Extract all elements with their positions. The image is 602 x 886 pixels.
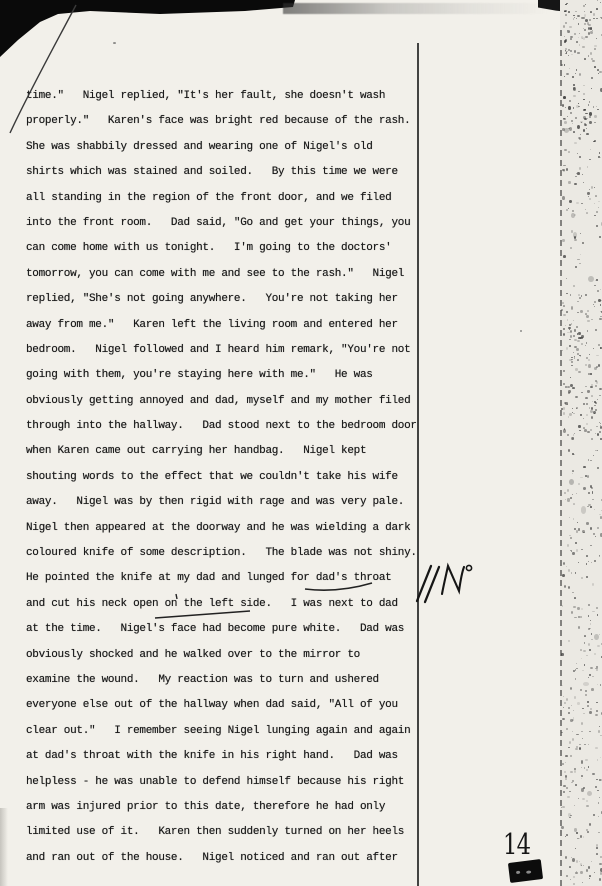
- text-line: arm was injured prior to this date, ther…: [26, 795, 426, 820]
- edge-speck: [563, 255, 566, 258]
- edge-speck: [596, 279, 598, 281]
- edge-speck: [575, 669, 576, 671]
- edge-speck: [587, 192, 589, 194]
- edge-speck: [589, 711, 592, 714]
- edge-speck: [583, 865, 584, 866]
- text-line: shirts which was stained and soiled. By …: [26, 160, 426, 185]
- edge-speck: [580, 871, 583, 875]
- edge-speck: [566, 73, 569, 75]
- edge-speck: [586, 563, 587, 565]
- scanned-document-page: { "page": { "background_color": "#f2f0ea…: [0, 0, 602, 886]
- edge-speck: [575, 542, 577, 544]
- edge-speck: [575, 572, 577, 574]
- edge-speck: [563, 562, 565, 565]
- text-line: can come home with us tonight. I'm going…: [26, 236, 426, 261]
- edge-speck: [583, 836, 584, 838]
- edge-speck: [585, 209, 587, 210]
- edge-speck: [581, 778, 582, 780]
- edge-speck: [579, 744, 581, 745]
- edge-speck: [575, 872, 578, 875]
- edge-speck: [577, 353, 579, 355]
- edge-speck: [583, 682, 589, 686]
- edge-speck: [577, 153, 578, 154]
- text-line: through into the hallway. Dad stood next…: [26, 414, 426, 439]
- edge-speck: [590, 31, 593, 34]
- edge-speck: [585, 113, 587, 115]
- edge-speck: [565, 856, 567, 859]
- edge-speck: [591, 395, 593, 397]
- edge-speck: [587, 831, 589, 833]
- edge-speck: [596, 853, 597, 855]
- edge-speck: [573, 87, 575, 90]
- edge-speck: [569, 345, 571, 347]
- edge-speck: [569, 26, 571, 28]
- edge-speck: [589, 159, 591, 160]
- edge-speck: [587, 705, 589, 707]
- edge-speck: [575, 678, 577, 680]
- edge-speck: [590, 545, 592, 546]
- edge-speck: [575, 748, 578, 750]
- edge-speck: [591, 861, 592, 862]
- edge-speck: [564, 36, 565, 38]
- edge-speck: [588, 766, 590, 767]
- edge-speck: [598, 344, 600, 346]
- edge-speck: [573, 503, 575, 505]
- edge-speck: [564, 40, 567, 42]
- edge-speck: [583, 487, 586, 490]
- edge-speck: [567, 489, 569, 492]
- edge-speck: [599, 236, 601, 239]
- edge-speck: [576, 407, 578, 409]
- edge-speck: [588, 359, 590, 361]
- edge-speck: [586, 805, 589, 807]
- edge-speck: [568, 449, 570, 452]
- edge-speck: [573, 413, 575, 414]
- edge-speck: [584, 29, 585, 31]
- edge-speck: [573, 18, 574, 20]
- edge-speck: [564, 76, 565, 77]
- edge-speck: [581, 343, 584, 345]
- edge-speck: [591, 633, 592, 635]
- edge-speck: [575, 848, 576, 849]
- edge-speck: [572, 387, 575, 389]
- edge-speck: [562, 239, 564, 242]
- edge-speck: [600, 304, 602, 306]
- edge-speck: [591, 688, 594, 691]
- edge-speck: [591, 416, 593, 419]
- edge-speck: [571, 361, 574, 364]
- edge-speck: [575, 396, 578, 398]
- edge-speck: [598, 730, 600, 732]
- edge-speck: [575, 784, 578, 786]
- edge-speck: [589, 354, 590, 355]
- edge-speck: [566, 728, 568, 731]
- edge-speck: [574, 828, 577, 831]
- edge-speck: [594, 45, 596, 47]
- edge-speck: [594, 405, 595, 406]
- edge-speck: [572, 858, 575, 862]
- edge-speck: [566, 311, 568, 313]
- edge-speck: [578, 798, 579, 799]
- edge-speck: [599, 152, 600, 153]
- edge-speck: [578, 137, 580, 139]
- scan-black-top-edge: [0, 0, 300, 60]
- edge-speck: [593, 18, 594, 19]
- edge-speck: [590, 373, 593, 375]
- edge-speck: [599, 634, 600, 635]
- edge-speck: [581, 506, 587, 513]
- edge-speck: [594, 509, 595, 510]
- edge-speck: [591, 88, 592, 90]
- edge-speck: [563, 370, 565, 371]
- edge-speck: [568, 11, 570, 13]
- edge-speck: [598, 201, 599, 203]
- edge-speck: [570, 50, 572, 52]
- edge-speck: [574, 617, 577, 619]
- edge-speck: [590, 506, 592, 507]
- edge-speck: [597, 759, 598, 761]
- text-line: everyone else out of the hallway when da…: [26, 693, 426, 718]
- edge-speck: [574, 339, 577, 341]
- edge-speck: [573, 320, 574, 321]
- edge-speck: [581, 203, 582, 204]
- edge-speck: [573, 95, 576, 98]
- edge-speck: [600, 300, 602, 301]
- edge-speck: [588, 677, 590, 678]
- edge-speck: [574, 239, 577, 241]
- edge-speck: [576, 41, 578, 43]
- edge-speck: [563, 785, 566, 787]
- edge-speck: [588, 492, 590, 494]
- edge-speck: [582, 708, 584, 710]
- edge-speck: [590, 386, 592, 388]
- edge-speck: [567, 30, 570, 33]
- edge-speck: [565, 836, 567, 837]
- edge-speck: [565, 22, 567, 25]
- edge-speck: [597, 790, 598, 791]
- edge-speck: [595, 714, 598, 716]
- edge-speck: [572, 76, 574, 78]
- edge-speck: [568, 181, 570, 184]
- edge-speck: [586, 769, 588, 771]
- edge-speck: [569, 479, 574, 485]
- edge-speck: [588, 196, 589, 197]
- edge-speck: [563, 305, 566, 307]
- ink-blob-fleck: [526, 870, 531, 874]
- edge-speck: [578, 91, 580, 93]
- edge-speck: [585, 364, 587, 365]
- edge-speck: [585, 397, 588, 399]
- edge-speck: [584, 744, 586, 745]
- edge-speck: [578, 294, 580, 296]
- edge-speck: [581, 731, 583, 733]
- edge-speck: [597, 0, 598, 1]
- edge-speck: [596, 18, 598, 20]
- text-line: He pointed the knife at my dad and lunge…: [26, 566, 426, 591]
- edge-speck: [565, 499, 566, 501]
- edge-speck: [566, 566, 567, 567]
- edge-speck: [600, 289, 601, 290]
- edge-speck: [590, 623, 592, 625]
- edge-speck: [567, 116, 568, 118]
- edge-speck: [586, 357, 588, 359]
- edge-speck: [588, 32, 591, 35]
- edge-speck: [569, 413, 572, 416]
- edge-speck: [589, 116, 591, 118]
- text-line: examine the wound. My reaction was to tu…: [26, 668, 426, 693]
- edge-speck: [577, 607, 580, 610]
- edge-speck: [583, 5, 585, 7]
- edge-speck: [594, 115, 597, 118]
- edge-speck: [586, 423, 588, 425]
- edge-speck: [589, 875, 592, 877]
- edge-speck: [568, 55, 569, 56]
- edge-speck: [579, 838, 581, 839]
- edge-speck: [570, 112, 572, 113]
- edge-speck: [571, 437, 574, 440]
- edge-speck: [580, 863, 582, 866]
- edge-speck: [588, 628, 590, 630]
- edge-speck: [570, 38, 571, 40]
- edge-speck: [589, 731, 591, 733]
- edge-speck: [569, 741, 571, 744]
- edge-speck: [569, 127, 572, 131]
- edge-speck: [580, 356, 581, 357]
- edge-speck: [563, 170, 565, 172]
- edge-speck: [564, 128, 569, 133]
- edge-speck: [569, 517, 570, 519]
- edge-speck: [563, 328, 564, 329]
- edge-speck: [585, 690, 587, 692]
- edge-speck: [583, 85, 584, 86]
- edge-speck: [576, 69, 577, 71]
- edge-speck: [576, 18, 577, 19]
- edge-speck: [569, 791, 571, 792]
- edge-speck: [581, 295, 583, 297]
- edge-speck: [578, 23, 580, 24]
- edge-speck: [598, 73, 599, 74]
- edge-speck: [565, 14, 567, 16]
- edge-speck: [587, 506, 588, 507]
- edge-speck: [591, 77, 593, 79]
- edge-speck: [568, 712, 570, 714]
- edge-speck: [577, 172, 580, 175]
- text-line: away from me." Karen left the living roo…: [26, 313, 426, 338]
- edge-speck: [582, 242, 584, 244]
- edge-speck: [568, 106, 571, 110]
- edge-speck: [571, 611, 574, 614]
- edge-speck: [588, 604, 590, 606]
- edge-speck: [573, 883, 575, 885]
- edge-speck: [585, 694, 587, 696]
- edge-speck: [599, 395, 601, 397]
- edge-speck: [596, 847, 598, 849]
- edge-speck: [565, 755, 567, 757]
- edge-speck: [572, 473, 573, 474]
- edge-speck: [579, 44, 581, 46]
- edge-speck: [568, 640, 570, 641]
- text-line: and ran out of the house. Nigel noticed …: [26, 846, 426, 871]
- edge-speck: [567, 434, 569, 436]
- edge-speck: [592, 583, 594, 586]
- edge-speck: [583, 713, 585, 714]
- edge-speck: [573, 84, 576, 86]
- edge-speck: [578, 562, 579, 563]
- edge-speck: [575, 266, 577, 268]
- edge-speck: [563, 412, 565, 414]
- edge-speck: [574, 183, 576, 185]
- edge-speck: [598, 832, 600, 834]
- edge-speck: [598, 364, 600, 367]
- edge-speck: [588, 866, 591, 869]
- edge-speck: [566, 834, 569, 836]
- edge-speck: [562, 196, 565, 200]
- edge-speck: [599, 318, 602, 321]
- edge-speck: [591, 319, 592, 320]
- edge-speck: [575, 73, 576, 74]
- edge-speck: [583, 37, 586, 40]
- typed-text: time." Nigel replied, "It's her fault, s…: [26, 84, 426, 871]
- edge-speck: [566, 278, 567, 279]
- edge-speck: [593, 814, 595, 817]
- edge-speck: [587, 791, 592, 796]
- edge-speck: [592, 401, 593, 402]
- edge-speck: [577, 838, 579, 840]
- edge-speck: [572, 780, 574, 782]
- edge-speck: [580, 310, 583, 313]
- edge-speck: [595, 786, 596, 787]
- edge-speck: [583, 466, 586, 468]
- edge-speck: [579, 156, 581, 158]
- edge-speck: [566, 209, 567, 211]
- edge-speck: [566, 168, 568, 171]
- edge-speck: [593, 455, 594, 456]
- edge-speck: [563, 165, 565, 166]
- edge-speck: [600, 757, 601, 758]
- edge-speck: [568, 392, 570, 394]
- edge-speck: [563, 333, 565, 336]
- edge-speck: [581, 549, 583, 550]
- edge-speck: [567, 544, 569, 547]
- edge-speck: [570, 497, 572, 499]
- edge-speck: [586, 342, 587, 344]
- edge-speck: [590, 708, 592, 710]
- edge-speck: [577, 359, 579, 361]
- edge-speck: [568, 151, 570, 153]
- edge-speck: [588, 364, 591, 368]
- page-number: 14: [503, 827, 530, 861]
- text-line: She was shabbily dressed and wearing one…: [26, 135, 426, 160]
- edge-speck: [594, 66, 596, 68]
- edge-speck: [584, 429, 587, 432]
- edge-speck: [571, 306, 573, 309]
- text-line: shouting words to the effect that we cou…: [26, 465, 426, 490]
- edge-speck: [572, 494, 574, 495]
- edge-speck: [586, 829, 588, 831]
- edge-speck: [599, 726, 600, 727]
- edge-speck: [596, 106, 597, 107]
- edge-speck: [589, 101, 590, 103]
- edge-speck: [572, 738, 574, 741]
- edge-speck: [576, 326, 578, 327]
- edge-speck: [575, 176, 577, 177]
- edge-speck: [565, 778, 567, 780]
- edge-speck: [573, 876, 575, 878]
- edge-speck: [581, 392, 583, 393]
- edge-speck: [571, 572, 572, 574]
- edge-speck: [597, 290, 599, 292]
- edge-speck: [576, 663, 577, 664]
- edge-speck: [571, 120, 573, 122]
- edge-speck: [577, 312, 579, 313]
- edge-speck: [586, 414, 588, 416]
- edge-speck: [597, 614, 599, 616]
- edge-speck: [589, 189, 590, 191]
- edge-speck: [599, 514, 601, 515]
- edge-speck: [596, 710, 598, 712]
- edge-speck: [599, 863, 601, 865]
- edge-speck: [581, 767, 582, 768]
- edge-speck: [574, 696, 577, 699]
- text-line: clear out." I remember seeing Nigel lung…: [26, 719, 426, 744]
- edge-speck: [585, 345, 587, 347]
- text-line: and cut his neck open on the left side. …: [26, 592, 426, 617]
- edge-speck: [578, 483, 580, 485]
- scan-top-smear: [283, 3, 548, 14]
- edge-speck: [594, 653, 596, 655]
- edge-speck: [583, 93, 585, 95]
- edge-speck: [598, 207, 599, 209]
- edge-speck: [566, 698, 568, 701]
- edge-speck: [577, 522, 578, 523]
- edge-speck: [579, 747, 581, 750]
- edge-speck: [595, 385, 597, 387]
- edge-speck: [583, 182, 584, 183]
- edge-speck: [589, 823, 592, 826]
- edge-speck: [599, 388, 602, 390]
- edge-speck: [586, 800, 588, 802]
- edge-speck: [587, 390, 590, 392]
- edge-speck: [577, 702, 579, 705]
- edge-speck: [579, 73, 581, 76]
- text-line: obviously shocked and he walked over to …: [26, 643, 426, 668]
- edge-speck: [566, 787, 568, 789]
- edge-speck: [584, 58, 586, 60]
- scan-speck: [113, 42, 116, 44]
- edge-speck: [583, 427, 585, 429]
- edge-speck: [563, 429, 566, 433]
- edge-speck: [592, 60, 594, 62]
- edge-speck: [594, 301, 597, 303]
- edge-speck: [581, 775, 583, 777]
- edge-speck: [574, 33, 576, 35]
- edge-speck: [583, 129, 586, 132]
- edge-speck: [572, 408, 574, 409]
- edge-speck: [563, 96, 566, 99]
- edge-speck: [582, 670, 584, 671]
- edge-speck: [595, 433, 596, 434]
- edge-speck: [571, 230, 573, 232]
- edge-speck: [574, 50, 576, 52]
- edge-speck: [578, 37, 579, 38]
- edge-speck: [583, 418, 584, 419]
- edge-speck: [572, 123, 573, 124]
- edge-speck: [574, 805, 575, 806]
- edge-speck: [583, 532, 585, 533]
- edge-speck: [573, 352, 574, 353]
- edge-speck: [585, 36, 588, 39]
- edge-speck: [563, 25, 565, 28]
